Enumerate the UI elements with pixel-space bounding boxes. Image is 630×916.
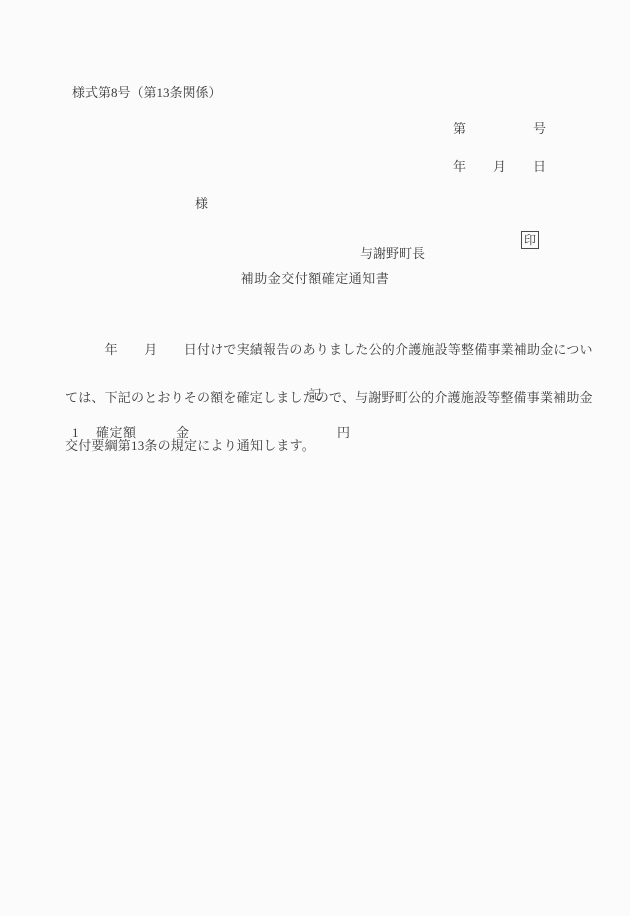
document-title: 補助金交付額確定通知書 — [0, 272, 630, 285]
date-year-label: 年 — [453, 160, 466, 173]
body-line-1: 年 月 日付けで実績報告のありました公的介護施設等整備事業補助金につい — [65, 339, 570, 361]
date-line: 年 月 日 — [453, 160, 546, 173]
document-number-line: 第 号 — [453, 122, 546, 135]
doc-number-prefix: 第 — [453, 122, 466, 135]
item-number: 1 — [72, 426, 79, 439]
document-page: 様式第8号（第13条関係） 第 号 年 月 日 様 与謝野町長 印 補助金交付額… — [0, 0, 630, 916]
doc-number-suffix: 号 — [533, 122, 546, 135]
sender-title: 与謝野町長 — [360, 246, 425, 261]
amount-prefix: 金 — [176, 426, 189, 439]
item-line-determined-amount: 1 確定額 金 円 — [0, 426, 630, 442]
item-label: 確定額 — [96, 426, 137, 439]
seal-mark: 印 — [521, 231, 539, 249]
date-day-label: 日 — [533, 160, 546, 173]
date-month-label: 月 — [493, 160, 506, 173]
form-number: 様式第8号（第13条関係） — [72, 86, 222, 99]
ki-marker: 記 — [0, 388, 630, 401]
addressee-honorific: 様 — [195, 197, 208, 210]
amount-unit: 円 — [337, 426, 350, 439]
